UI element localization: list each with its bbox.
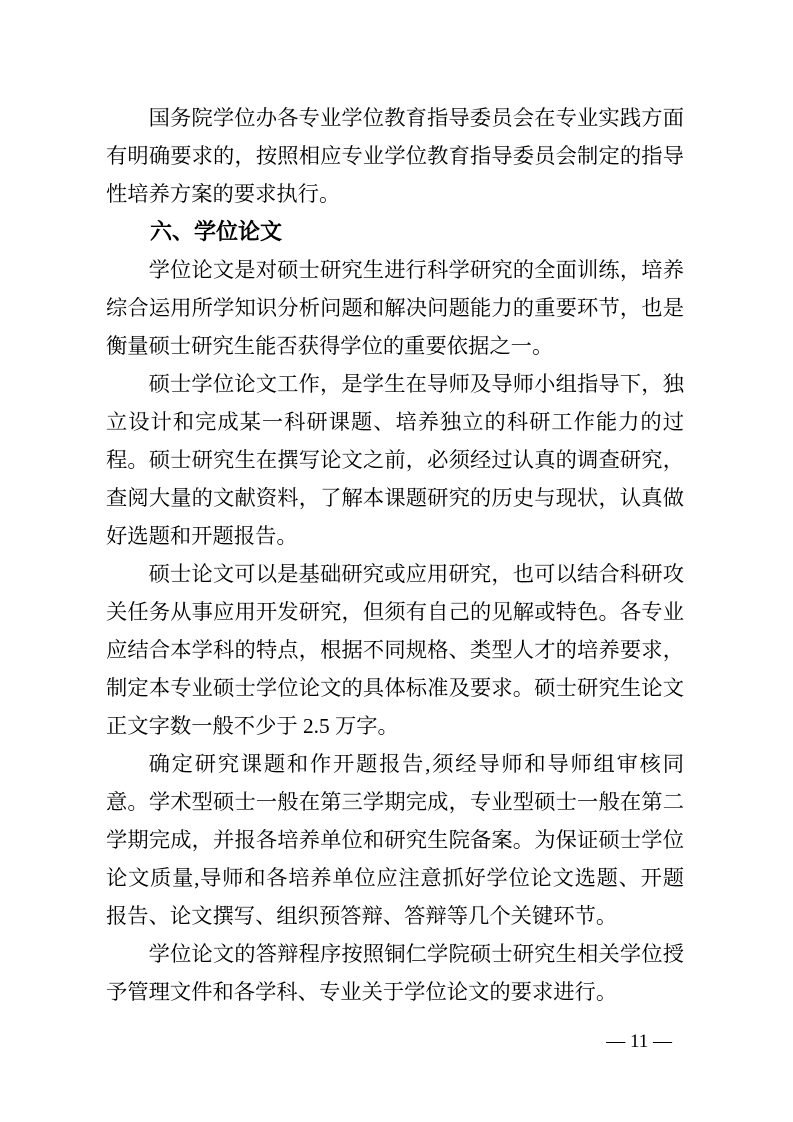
page-number: — 11 —	[606, 1030, 672, 1054]
paragraph-thesis-research-types: 硕士论文可以是基础研究或应用研究，也可以结合科研攻关任务从事应用开发研究，但须有…	[106, 555, 684, 745]
document-body: 国务院学位办各专业学位教育指导委员会在专业实践方面有明确要求的，按照相应专业学位…	[106, 99, 684, 1011]
section-heading-degree-thesis: 六、学位论文	[106, 213, 684, 251]
paragraph-practice-requirements: 国务院学位办各专业学位教育指导委员会在专业实践方面有明确要求的，按照相应专业学位…	[106, 99, 684, 213]
paragraph-thesis-work-process: 硕士学位论文工作，是学生在导师及导师小组指导下，独立设计和完成某一科研课题、培养…	[106, 365, 684, 555]
document-page: 国务院学位办各专业学位教育指导委员会在专业实践方面有明确要求的，按照相应专业学位…	[0, 0, 793, 1122]
paragraph-defense-procedure: 学位论文的答辩程序按照铜仁学院硕士研究生相关学位授予管理文件和各学科、专业关于学…	[106, 935, 684, 1011]
paragraph-topic-approval-schedule: 确定研究课题和作开题报告,须经导师和导师组审核同意。学术型硕士一般在第三学期完成…	[106, 745, 684, 935]
paragraph-thesis-purpose: 学位论文是对硕士研究生进行科学研究的全面训练，培养综合运用所学知识分析问题和解决…	[106, 251, 684, 365]
